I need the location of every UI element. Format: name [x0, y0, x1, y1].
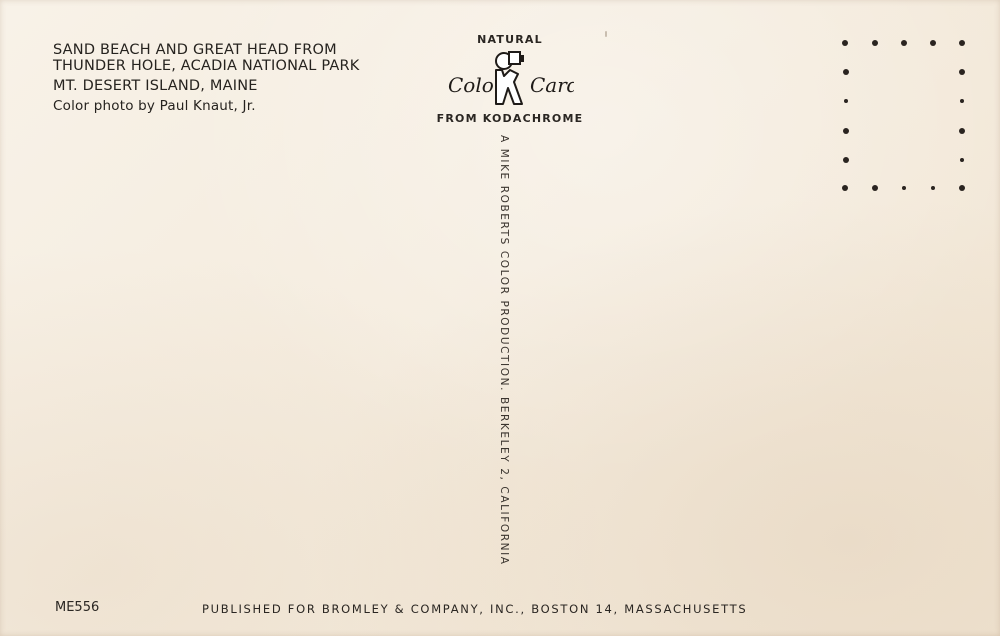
stamp-dot	[959, 185, 965, 191]
photo-caption: SAND BEACH AND GREAT HEAD FROM THUNDER H…	[53, 42, 359, 114]
stamp-dot	[959, 128, 965, 134]
photo-credit: Color photo by Paul Knaut, Jr.	[53, 98, 359, 114]
stamp-dot	[842, 185, 848, 191]
stamp-dot	[844, 99, 848, 103]
caption-line-3: MT. DESERT ISLAND, MAINE	[53, 78, 359, 94]
logo-top-text: NATURAL	[430, 33, 590, 46]
logo-script-right: Card	[530, 73, 574, 97]
card-code: ME556	[55, 600, 99, 615]
stamp-dot	[872, 185, 878, 191]
stamp-dot	[959, 69, 965, 75]
stamp-dot	[931, 186, 935, 190]
stamp-dot	[872, 40, 878, 46]
publisher-line: PUBLISHED FOR BROMLEY & COMPANY, INC., B…	[202, 602, 747, 616]
caption-line-2: THUNDER HOLE, ACADIA NATIONAL PARK	[53, 58, 359, 74]
logo-bottom-text: FROM KODACHROME	[430, 112, 590, 125]
stamp-dot	[901, 40, 907, 46]
producer-vertical-text: A MIKE ROBERTS COLOR PRODUCTION. BERKELE…	[492, 135, 510, 585]
color-card-logo: NATURAL Color Card FROM KODACHROME	[430, 30, 590, 130]
stamp-dot	[843, 157, 849, 163]
stamp-dot	[959, 40, 965, 46]
stamp-dot	[960, 99, 964, 103]
stamp-dot	[902, 186, 906, 190]
stamp-dot	[960, 158, 964, 162]
stamp-dot	[842, 40, 848, 46]
postcard-back: SAND BEACH AND GREAT HEAD FROM THUNDER H…	[0, 0, 1000, 636]
stamp-placeholder-box	[838, 37, 968, 193]
stamp-dot	[843, 69, 849, 75]
stamp-dot	[843, 128, 849, 134]
stamp-dot	[930, 40, 936, 46]
caption-line-1: SAND BEACH AND GREAT HEAD FROM	[53, 42, 359, 58]
photographer-with-camera-icon: Color Card	[446, 48, 574, 112]
paper-speck	[605, 31, 607, 37]
